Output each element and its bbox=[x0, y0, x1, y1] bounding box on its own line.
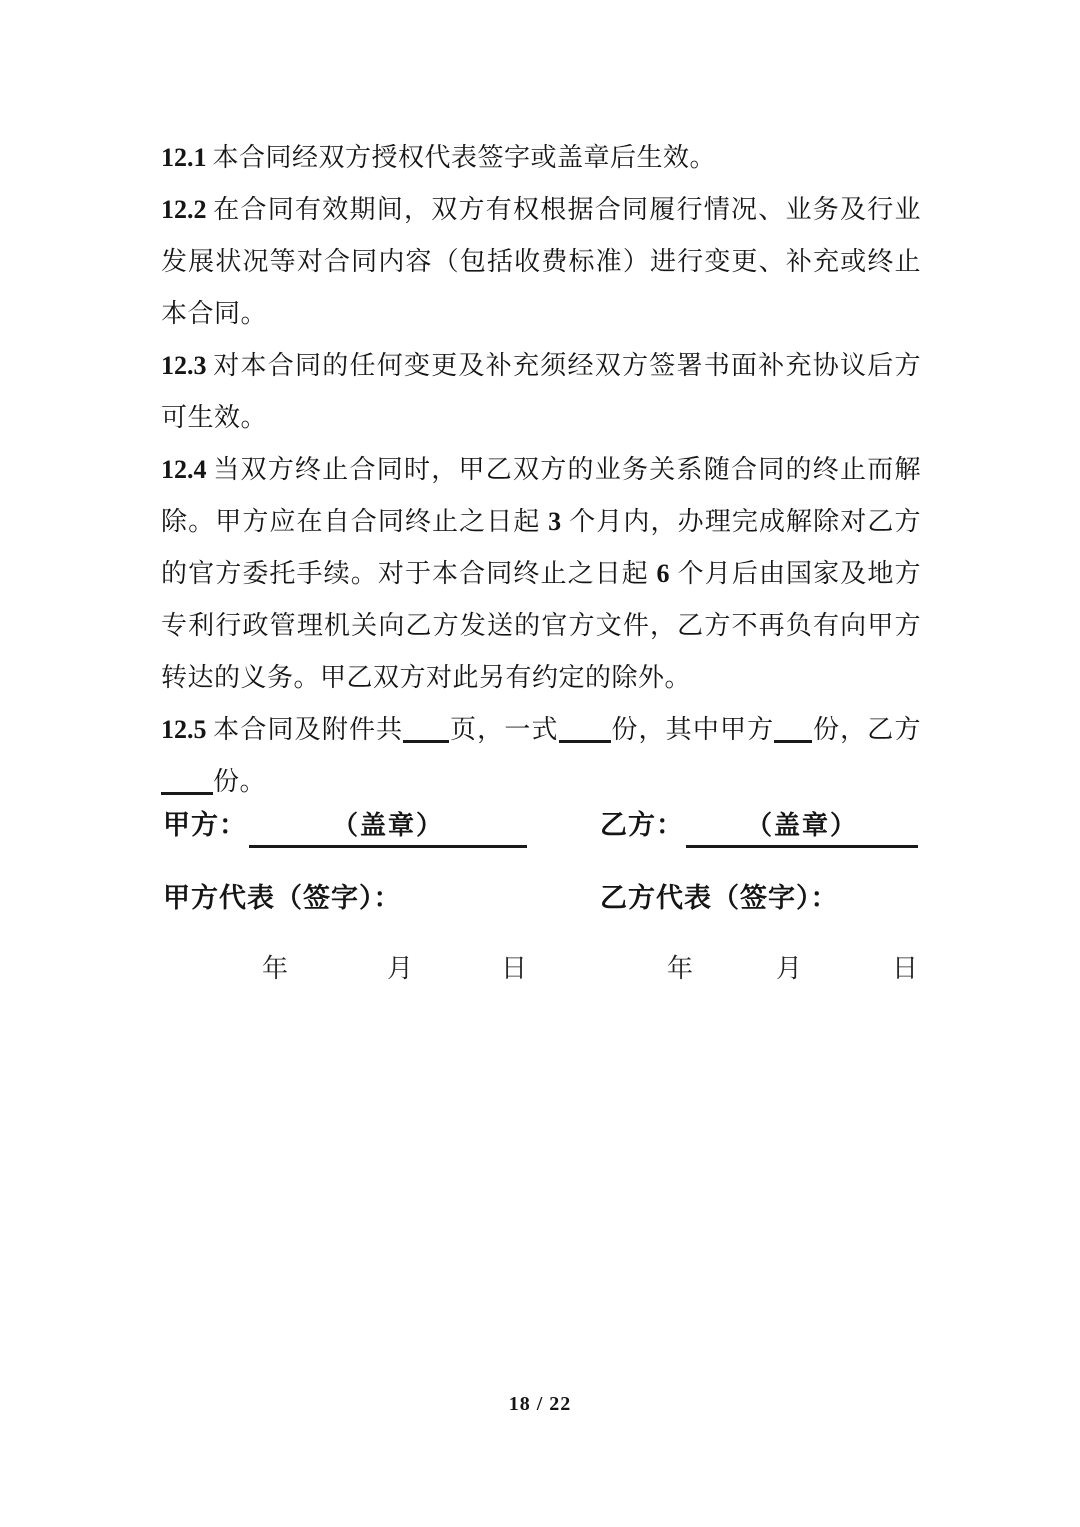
date-year-party-b: 年 bbox=[667, 948, 693, 985]
date-month-party-b: 月 bbox=[776, 948, 802, 985]
clause-12-5: 12.5本合同及附件共页，一式份，其中甲方份，乙方份。 bbox=[161, 704, 921, 808]
party-a-seal-note: （盖章） bbox=[332, 811, 444, 840]
party-b-seal-note: （盖章） bbox=[746, 811, 858, 840]
clause-12-5-text-1: 本合同及附件共 bbox=[213, 715, 404, 744]
clause-12-5-text-2: 页，一式 bbox=[449, 715, 558, 744]
clause-12-3-number: 12.3 bbox=[161, 351, 213, 380]
party-b-seal-line: （盖章） bbox=[686, 805, 918, 848]
page-number: 18 / 22 bbox=[0, 1393, 1080, 1416]
contract-page: 12.1本合同经双方授权代表签字或盖章后生效。 12.2在合同有效期间，双方有权… bbox=[0, 0, 1080, 1527]
clause-12-5-number: 12.5 bbox=[161, 715, 213, 744]
clauses-section: 12.1本合同经双方授权代表签字或盖章后生效。 12.2在合同有效期间，双方有权… bbox=[161, 132, 921, 808]
blank-total-copies bbox=[559, 740, 611, 743]
clause-12-2: 12.2在合同有效期间，双方有权根据合同履行情况、业务及行业发展状况等对合同内容… bbox=[161, 184, 921, 340]
clause-12-4-number: 12.4 bbox=[161, 455, 213, 484]
clause-12-4-months-3: 3 bbox=[548, 507, 562, 536]
date-month-party-a: 月 bbox=[387, 948, 413, 985]
clause-12-5-text-4: 份，乙方 bbox=[812, 715, 921, 744]
date-year-party-a: 年 bbox=[262, 948, 288, 985]
blank-total-pages bbox=[403, 740, 449, 743]
clause-12-4: 12.4当双方终止合同时，甲乙双方的业务关系随合同的终止而解除。甲方应在自合同终… bbox=[161, 444, 921, 704]
clause-12-3-text: 对本合同的任何变更及补充须经双方签署书面补充协议后方可生效。 bbox=[161, 351, 921, 432]
clause-12-2-number: 12.2 bbox=[161, 195, 213, 224]
date-day-party-b: 日 bbox=[892, 948, 918, 985]
clause-12-3: 12.3对本合同的任何变更及补充须经双方签署书面补充协议后方可生效。 bbox=[161, 340, 921, 444]
clause-12-1: 12.1本合同经双方授权代表签字或盖章后生效。 bbox=[161, 132, 921, 184]
blank-party-a-copies bbox=[774, 740, 812, 743]
clause-12-1-text: 本合同经双方授权代表签字或盖章后生效。 bbox=[213, 143, 717, 172]
party-a-label: 甲方： bbox=[163, 810, 247, 840]
clause-12-5-text-3: 份，其中甲方 bbox=[611, 715, 775, 744]
date-day-party-a: 日 bbox=[501, 948, 527, 985]
party-a-rep-label: 甲方代表（签字）： bbox=[163, 883, 402, 913]
party-b-rep-row: 乙方代表（签字）： bbox=[600, 876, 839, 915]
clause-12-4-months-6: 6 bbox=[657, 559, 671, 588]
party-b-signature-row: 乙方：（盖章） bbox=[600, 803, 918, 848]
party-b-rep-label: 乙方代表（签字）： bbox=[600, 883, 839, 913]
blank-party-b-copies bbox=[161, 792, 213, 795]
party-a-seal-line: （盖章） bbox=[249, 805, 527, 848]
party-a-rep-row: 甲方代表（签字）： bbox=[163, 876, 402, 915]
clause-12-5-text-5: 份。 bbox=[213, 767, 266, 796]
clause-12-2-text: 在合同有效期间，双方有权根据合同履行情况、业务及行业发展状况等对合同内容（包括收… bbox=[161, 195, 921, 328]
clause-12-1-number: 12.1 bbox=[161, 143, 213, 172]
party-b-label: 乙方： bbox=[600, 810, 684, 840]
party-a-signature-row: 甲方：（盖章） bbox=[163, 803, 527, 848]
